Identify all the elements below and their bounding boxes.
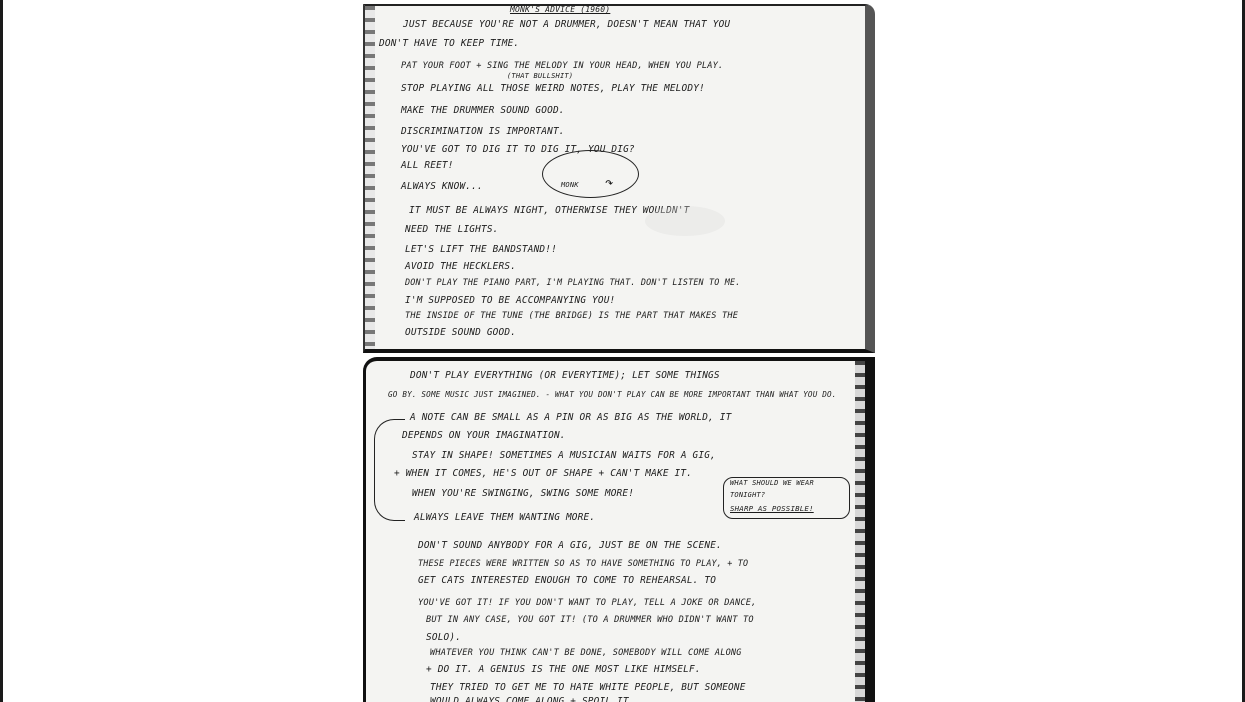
circled-note <box>542 150 639 198</box>
note-line: PAT YOUR FOOT + SING THE MELODY IN YOUR … <box>401 62 723 71</box>
note-line: LET'S LIFT THE BANDSTAND!! <box>405 245 557 254</box>
note-line: THEY TRIED TO GET ME TO HATE WHITE PEOPL… <box>430 683 746 692</box>
note-annotation: (THAT BULLSHIT) <box>507 73 573 80</box>
note-line: I'M SUPPOSED TO BE ACCOMPANYING YOU! <box>405 296 615 305</box>
note-line: SOLO). <box>426 633 461 642</box>
spiral-binding <box>365 6 375 349</box>
page-title: MONK'S ADVICE (1960) <box>510 6 610 14</box>
note-line: AVOID THE HECKLERS. <box>405 262 516 271</box>
note-line: GET CATS INTERESTED ENOUGH TO COME TO RE… <box>418 576 716 585</box>
note-line: YOU'VE GOT IT! IF YOU DON'T WANT TO PLAY… <box>418 599 757 608</box>
note-line: GO BY. SOME MUSIC JUST IMAGINED. - WHAT … <box>388 391 837 399</box>
note-line: DEPENDS ON YOUR IMAGINATION. <box>402 431 566 440</box>
side-note-line: SHARP AS POSSIBLE! <box>730 505 814 512</box>
note-line: DON'T PLAY THE PIANO PART, I'M PLAYING T… <box>405 278 741 286</box>
note-line: WOULD ALWAYS COME ALONG + SPOIL IT. <box>430 697 635 702</box>
note-line: MAKE THE DRUMMER SOUND GOOD. <box>401 106 565 115</box>
note-line: ALWAYS LEAVE THEM WANTING MORE. <box>414 513 595 522</box>
notebook-page-lower: DON'T PLAY EVERYTHING (OR EVERYTIME); LE… <box>363 357 875 702</box>
paper-smudge <box>645 206 725 236</box>
arrow-icon: ↷ <box>605 176 614 190</box>
note-line: NEED THE LIGHTS. <box>405 225 499 234</box>
note-line: JUST BECAUSE YOU'RE NOT A DRUMMER, DOESN… <box>403 20 730 29</box>
note-line: WHEN YOU'RE SWINGING, SWING SOME MORE! <box>412 489 634 498</box>
note-line: WHATEVER YOU THINK CAN'T BE DONE, SOMEBO… <box>430 649 742 658</box>
note-line: ALL REET! <box>401 161 454 170</box>
note-line: BUT IN ANY CASE, YOU GOT IT! (TO A DRUMM… <box>426 616 754 625</box>
note-line: A NOTE CAN BE SMALL AS A PIN OR AS BIG A… <box>410 413 731 422</box>
notebook-page-upper: MONK'S ADVICE (1960) JUST BECAUSE YOU'RE… <box>363 4 875 353</box>
note-line: DON'T PLAY EVERYTHING (OR EVERYTIME); LE… <box>410 371 720 380</box>
note-line: OUTSIDE SOUND GOOD. <box>405 328 516 337</box>
note-line: DISCRIMINATION IS IMPORTANT. <box>401 127 565 136</box>
note-line: + DO IT. A GENIUS IS THE ONE MOST LIKE H… <box>426 665 701 674</box>
side-note-line: WHAT SHOULD WE WEAR <box>730 480 814 487</box>
note-line: THE INSIDE OF THE TUNE (THE BRIDGE) IS T… <box>405 312 738 321</box>
note-line: STAY IN SHAPE! SOMETIMES A MUSICIAN WAIT… <box>412 451 716 460</box>
side-note-line: TONIGHT? <box>730 492 765 499</box>
note-line: DON'T HAVE TO KEEP TIME. <box>379 39 519 48</box>
left-border <box>0 0 3 702</box>
note-line: ALWAYS KNOW... <box>401 182 483 191</box>
note-line: STOP PLAYING ALL THOSE WEIRD NOTES, PLAY… <box>401 84 705 93</box>
circled-note-text: MONK <box>561 182 579 189</box>
note-line: + WHEN IT COMES, HE'S OUT OF SHAPE + CAN… <box>394 469 692 478</box>
spiral-binding <box>855 361 865 702</box>
note-line: DON'T SOUND ANYBODY FOR A GIG, JUST BE O… <box>418 541 722 550</box>
note-line: THESE PIECES WERE WRITTEN SO AS TO HAVE … <box>418 559 748 567</box>
